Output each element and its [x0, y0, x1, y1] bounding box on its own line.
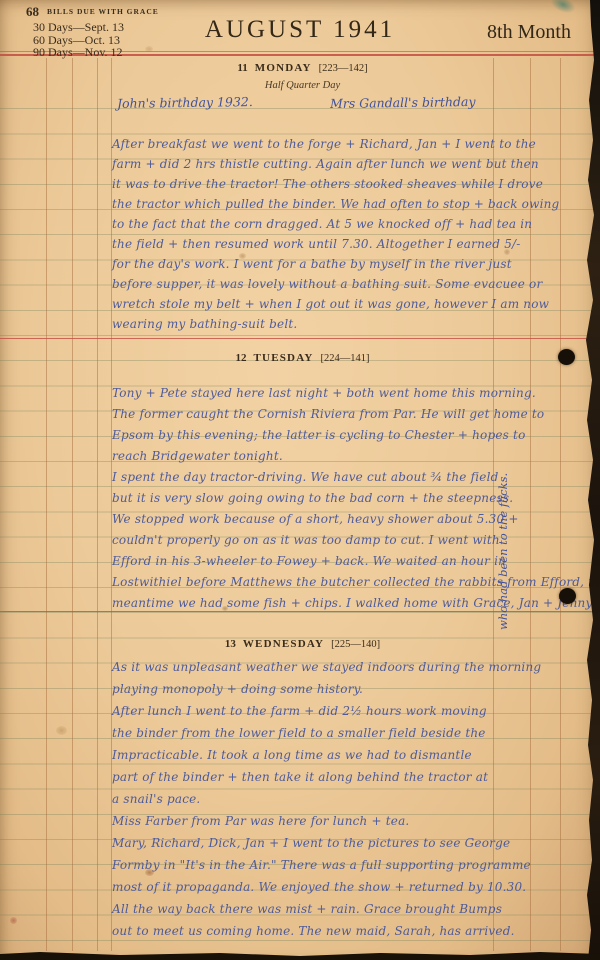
handwritten-line: most of it propaganda. We enjoyed the sh…	[112, 876, 541, 898]
entry-text-wednesday: As it was unpleasant weather we stayed i…	[112, 656, 541, 942]
handwritten-line: As it was unpleasant weather we stayed i…	[112, 656, 541, 678]
handwritten-line: farm + did 2 hrs thistle cutting. Again …	[112, 154, 559, 174]
handwritten-line: reach Bridgewater tonight.	[112, 446, 600, 467]
handwritten-line: The former caught the Cornish Riviera fr…	[112, 404, 600, 425]
punch-hole	[558, 349, 575, 365]
column-line	[97, 58, 98, 951]
day-header-monday: 11MONDAY[223—142]	[112, 62, 493, 74]
entry-text-monday: After breakfast we went to the forge + R…	[112, 134, 559, 334]
handwritten-line: After breakfast we went to the forge + R…	[112, 134, 559, 154]
stain-spot	[222, 606, 228, 611]
bills-title: BILLS DUE WITH GRACE	[47, 7, 159, 16]
stain-spot	[145, 46, 153, 52]
handwritten-line: Lostwithiel before Matthews the butcher …	[112, 572, 600, 593]
month-title: AUGUST 1941	[110, 16, 490, 44]
handwritten-line: for the day's work. I went for a bathe b…	[112, 254, 559, 274]
day-header-wednesday: 13WEDNESDAY[225—140]	[112, 638, 493, 650]
stain-spot	[239, 253, 246, 259]
day-subheading: Half Quarter Day	[112, 80, 493, 91]
handwritten-line: Mary, Richard, Dick, Jan + I went to the…	[112, 832, 541, 854]
handwritten-line: All the way back there was mist + rain. …	[112, 898, 541, 920]
torn-edge	[0, 951, 600, 960]
bills-line: 90 Days—Nov. 12	[33, 46, 159, 59]
handwritten-line: Miss Farber from Par was here for lunch …	[112, 810, 541, 832]
handwritten-line: to the fact that the corn dragged. At 5 …	[112, 214, 559, 234]
month-ordinal: 8th Month	[468, 21, 590, 44]
ink-smudge	[548, 0, 578, 17]
entry-text-tuesday: Tony + Pete stayed here last night + bot…	[112, 383, 600, 614]
page-number: 68	[26, 4, 39, 19]
handwritten-line: Impracticable. It took a long time as we…	[112, 744, 541, 766]
handwritten-line: the tractor which pulled the binder. We …	[112, 194, 559, 214]
handwritten-line: Formby in "It's in the Air." There was a…	[112, 854, 541, 876]
stain-spot	[145, 869, 154, 876]
handwritten-line: a snail's pace.	[112, 788, 541, 810]
day-header-tuesday: 12TUESDAY[224—141]	[112, 352, 493, 364]
diary-page: 68BILLS DUE WITH GRACE 30 Days—Sept. 13 …	[0, 0, 600, 960]
handwritten-line: couldn't properly go on as it was too da…	[112, 530, 600, 551]
handwritten-line: the binder from the lower field to a sma…	[112, 722, 541, 744]
handwritten-line: wretch stole my belt + when I got out it…	[112, 294, 559, 314]
handwritten-line: out to meet us coming home. The new maid…	[112, 920, 541, 942]
handwritten-line: wearing my bathing-suit belt.	[112, 314, 559, 334]
handwritten-line: the field + then resumed work until 7.30…	[112, 234, 559, 254]
handwritten-line: I spent the day tractor-driving. We have…	[112, 467, 600, 488]
handwritten-line: Efford in his 3-wheeler to Fowey + back.…	[112, 551, 600, 572]
section-rule	[0, 338, 600, 339]
handwritten-line: playing monopoly + doing some history.	[112, 678, 541, 700]
stain-spot	[504, 249, 510, 255]
stain-spot	[56, 726, 67, 735]
column-line	[46, 58, 47, 951]
stain-spot	[10, 917, 17, 924]
handwritten-line: but it is very slow going owing to the b…	[112, 488, 600, 509]
handwritten-line: Tony + Pete stayed here last night + bot…	[112, 383, 600, 404]
handwritten-line: part of the binder + then take it along …	[112, 766, 541, 788]
note-gandall-birthday: Mrs Gandall's birthday	[330, 94, 476, 111]
handwritten-line: After lunch I went to the farm + did 2½ …	[112, 700, 541, 722]
margin-note: who had been to the flicks.	[496, 452, 510, 630]
handwritten-line: Epsom by this evening; the latter is cyc…	[112, 425, 600, 446]
handwritten-line: before supper, it was lovely without a b…	[112, 274, 559, 294]
column-line	[72, 58, 73, 951]
handwritten-line: We stopped work because of a short, heav…	[112, 509, 600, 530]
handwritten-line: meantime we had some fish + chips. I wal…	[112, 593, 600, 614]
note-johns-birthday: John's birthday 1932.	[117, 94, 253, 111]
punch-hole	[559, 588, 576, 604]
handwritten-line: it was to drive the tractor! The others …	[112, 174, 559, 194]
